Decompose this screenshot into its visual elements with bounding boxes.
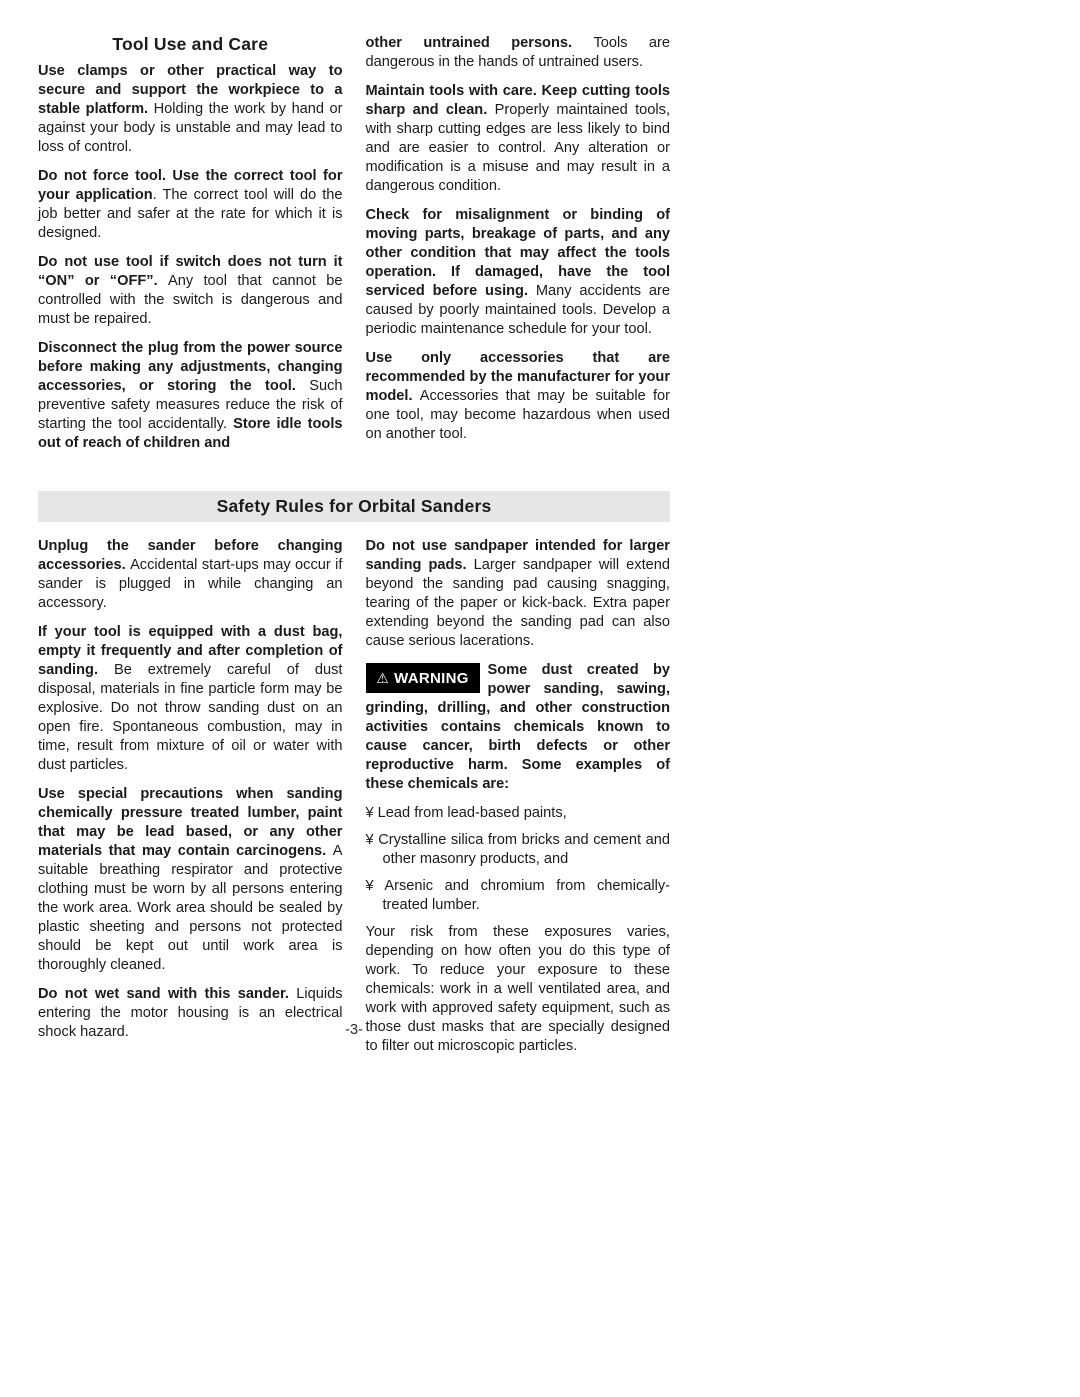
bullet-glyph: ¥ — [366, 832, 379, 848]
safety-rules-banner: Safety Rules for Orbital Sanders — [38, 491, 670, 522]
paragraph: Maintain tools with care. Keep cutting t… — [366, 82, 671, 196]
warning-badge: ⚠WARNING — [366, 663, 480, 693]
paragraph: Do not use tool if switch does not turn … — [38, 253, 343, 329]
paragraph: Do not use sandpaper intended for larger… — [366, 537, 671, 651]
paragraph: If your tool is equipped with a dust bag… — [38, 623, 343, 775]
bold-text: Do not wet sand with this sander. — [38, 986, 296, 1002]
safety-right-column: Do not use sandpaper intended for larger… — [366, 537, 671, 1066]
page-content: Tool Use and Care Use clamps or other pr… — [38, 34, 670, 1066]
bullet-item: ¥ Lead from lead-based paints, — [366, 804, 671, 823]
body-text: Arsenic and chromium from chemically-tre… — [383, 878, 671, 913]
bold-text: Disconnect the plug from the power sourc… — [38, 340, 343, 394]
paragraph: Use clamps or other practical way to sec… — [38, 62, 343, 157]
bullet-glyph: ¥ — [366, 805, 378, 821]
tool-use-right-paragraphs: other untrained persons. Tools are dange… — [366, 34, 671, 444]
warning-badge-label: WARNING — [394, 669, 469, 688]
warning-triangle-icon: ⚠ — [376, 671, 389, 685]
tool-use-left-column: Tool Use and Care Use clamps or other pr… — [38, 34, 343, 463]
bullet-item: ¥ Arsenic and chromium from chemically-t… — [366, 877, 671, 915]
body-text: Lead from lead-based paints, — [378, 805, 567, 821]
tool-use-right-column: other untrained persons. Tools are dange… — [366, 34, 671, 463]
paragraph: Check for misalignment or binding of mov… — [366, 206, 671, 339]
manual-page: Tool Use and Care Use clamps or other pr… — [0, 0, 1080, 1397]
page-number: -3- — [38, 1022, 670, 1038]
bold-text: other untrained persons. — [366, 35, 594, 51]
body-text: Crystalline silica from bricks and cemen… — [378, 832, 670, 867]
tool-use-heading: Tool Use and Care — [38, 34, 343, 55]
bullet-item: ¥ Crystalline silica from bricks and cem… — [366, 831, 671, 869]
paragraph: Unplug the sander before changing access… — [38, 537, 343, 613]
bold-text: Use special precautions when sanding che… — [38, 786, 343, 859]
body-text: Be extremely careful of dust disposal, m… — [38, 662, 343, 773]
safety-rules-section: Unplug the sander before changing access… — [38, 537, 670, 1066]
paragraph: Do not force tool. Use the correct tool … — [38, 167, 343, 243]
safety-left-paragraphs: Unplug the sander before changing access… — [38, 537, 343, 1042]
paragraph: other untrained persons. Tools are dange… — [366, 34, 671, 72]
safety-right-paragraphs: Do not use sandpaper intended for larger… — [366, 537, 671, 1056]
safety-left-column: Unplug the sander before changing access… — [38, 537, 343, 1066]
paragraph: Use only accessories that are recommende… — [366, 349, 671, 444]
bullet-glyph: ¥ — [366, 878, 385, 894]
paragraph: ⚠WARNINGSome dust created by power sandi… — [366, 661, 671, 794]
paragraph: Use special precautions when sanding che… — [38, 785, 343, 975]
tool-use-section: Tool Use and Care Use clamps or other pr… — [38, 34, 670, 463]
paragraph: Disconnect the plug from the power sourc… — [38, 339, 343, 453]
tool-use-left-paragraphs: Use clamps or other practical way to sec… — [38, 62, 343, 453]
body-text: A suitable breathing respirator and prot… — [38, 843, 343, 973]
